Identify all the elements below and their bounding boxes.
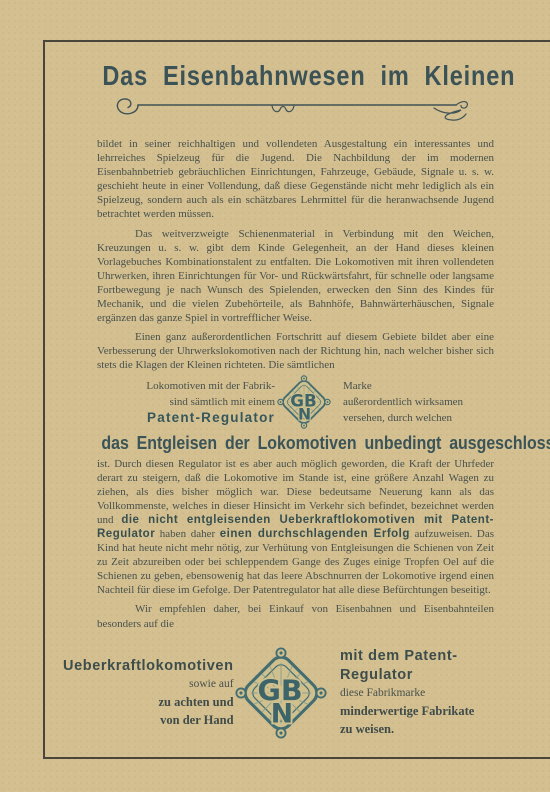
paragraph-regulator: ist. Durch diesen Regulator ist es aber … xyxy=(97,457,494,598)
gbn-logo-large-container: GB N xyxy=(234,647,328,739)
footer-zu-achten: zu achten und xyxy=(63,693,234,711)
footer-von-der-hand: von der Hand xyxy=(63,711,234,729)
footer-left-column: Ueberkraftlokomotiven sowie auf zu achte… xyxy=(63,657,234,729)
paragraph-schienenmaterial: Das weitverzweigte Schienenmaterial in V… xyxy=(97,227,494,326)
wrap-line-wirksamen: außerordentlich wirksamen xyxy=(343,394,494,410)
page-title-row: Das Eisenbahnwesen im Kleinen xyxy=(63,60,497,98)
footer-zu-weisen: zu weisen. xyxy=(340,720,515,738)
footer-diese-fabrikmarke: diese Fabrikmarke xyxy=(340,685,515,702)
p4-text-2: haben daher xyxy=(155,528,220,540)
footer-minderwertige-fabrikate: minderwertige Fabrikate xyxy=(340,702,515,720)
footer-mit-dem-patent-regulator: mit dem Patent-Regulator xyxy=(340,647,515,685)
page-title: Das Eisenbahnwesen im Kleinen xyxy=(102,60,515,92)
title-underline-flourish xyxy=(104,96,488,124)
wrap-line-patent-regulator: Patent-Regulator xyxy=(97,410,275,426)
wrap-line-sind-saemtlich: sind sämtlich mit einem xyxy=(97,394,275,410)
footer-sowie-auf: sowie auf xyxy=(63,676,234,693)
paragraph-fortschritt: Einen ganz außerordentlichen Fortschritt… xyxy=(97,330,494,372)
gbn-logo-small-container: GB N xyxy=(275,375,333,429)
paragraph-empfehlung: Wir empfehlen daher, bei Einkauf von Eis… xyxy=(97,602,494,630)
headline-entgleisen: das Entgleisen der Lokomotiven unbedingt… xyxy=(63,432,497,454)
footer-ueberkraftlokomotiven: Ueberkraftlokomotiven xyxy=(63,657,234,676)
trademark-wrap-block: Lokomotiven mit der Fabrik- sind sämtlic… xyxy=(97,375,494,429)
footer-recommendation-block: Ueberkraftlokomotiven sowie auf zu achte… xyxy=(63,647,515,739)
footer-right-column: mit dem Patent-Regulator diese Fabrikmar… xyxy=(328,647,515,738)
wrap-line-fabrik: Lokomotiven mit der Fabrik- xyxy=(97,378,275,394)
gbn-trademark-logo-small: GB N xyxy=(277,375,331,429)
wrap-line-versehen: versehen, durch welchen xyxy=(343,410,494,426)
wrap-line-marke: Marke xyxy=(343,378,494,394)
gbn-logo-letter-bottom: N xyxy=(298,404,311,423)
paragraph-intro: bildet in seiner reichhaltigen und volle… xyxy=(97,137,494,222)
gbn-trademark-logo-large: GB N xyxy=(235,647,327,739)
catalog-page: Das Eisenbahnwesen im Kleinen bildet in … xyxy=(97,60,494,739)
trademark-wrap-right-column: Marke außerordentlich wirksamen versehen… xyxy=(333,378,494,426)
trademark-wrap-left-column: Lokomotiven mit der Fabrik- sind sämtlic… xyxy=(97,378,275,426)
gbn-logo-letter-bottom: N xyxy=(270,698,292,729)
p4-bold-erfolg: einen durchschlagenden Erfolg xyxy=(220,528,410,540)
